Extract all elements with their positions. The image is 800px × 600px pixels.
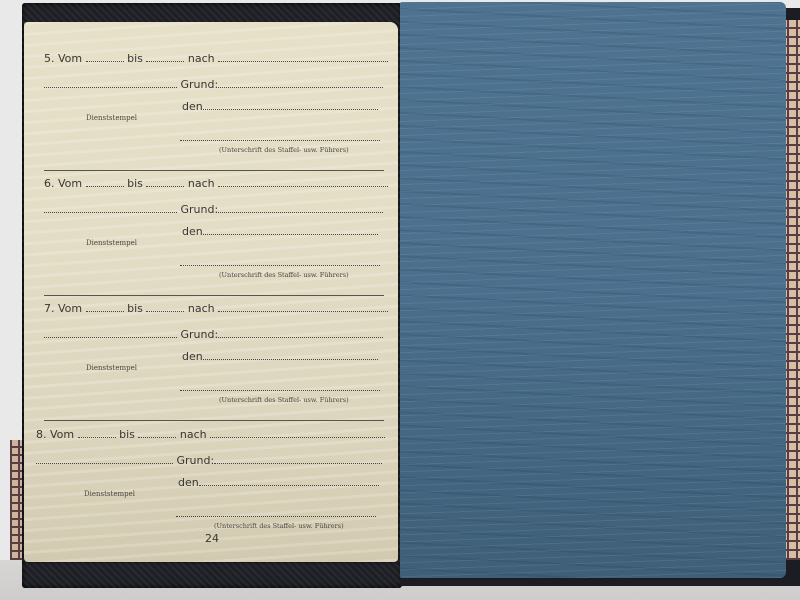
bis-label: bis xyxy=(119,428,135,441)
entry-number: 8. Vom xyxy=(36,428,74,441)
den-label: den xyxy=(182,100,203,113)
section-divider xyxy=(44,170,384,171)
den-label: den xyxy=(178,476,199,489)
den-label: den xyxy=(182,350,203,363)
stamp-label: Dienststempel xyxy=(86,364,137,372)
bis-label: bis xyxy=(127,177,143,190)
grund-label: Grund: xyxy=(177,454,215,467)
grund-label: Grund: xyxy=(181,78,219,91)
form-section-6: 6. Vom bis nach Grund: den Dienststempel… xyxy=(44,177,384,297)
signature-line xyxy=(176,516,376,517)
form-section-5: 5. Vom bis nach Grund: den Dienststempel… xyxy=(44,52,384,172)
signature-caption: (Unterschrift des Staffel- usw. Führers) xyxy=(214,522,344,530)
section-divider xyxy=(44,420,384,421)
form-section-7: 7. Vom bis nach Grund: den Dienststempel… xyxy=(44,302,384,422)
blue-endpaper xyxy=(400,2,786,578)
nach-label: nach xyxy=(188,177,215,190)
nach-label: nach xyxy=(188,302,215,315)
stamp-label: Dienststempel xyxy=(84,490,135,498)
section-divider xyxy=(44,295,384,296)
grund-label: Grund: xyxy=(181,203,219,216)
stamp-label: Dienststempel xyxy=(86,239,137,247)
stamp-label: Dienststempel xyxy=(86,114,137,122)
signature-caption: (Unterschrift des Staffel- usw. Führers) xyxy=(219,146,349,154)
bis-label: bis xyxy=(127,302,143,315)
bis-label: bis xyxy=(127,52,143,65)
nach-label: nach xyxy=(188,52,215,65)
signature-caption: (Unterschrift des Staffel- usw. Führers) xyxy=(219,396,349,404)
signature-caption: (Unterschrift des Staffel- usw. Führers) xyxy=(219,271,349,279)
form-section-8: 8. Vom bis nach Grund: den Dienststempel… xyxy=(44,428,384,548)
entry-number: 7. Vom xyxy=(44,302,82,315)
grund-label: Grund: xyxy=(181,328,219,341)
signature-line xyxy=(180,140,380,141)
signature-line xyxy=(180,390,380,391)
page-number: 24 xyxy=(205,532,219,545)
nach-label: nach xyxy=(180,428,207,441)
den-label: den xyxy=(182,225,203,238)
entry-number: 6. Vom xyxy=(44,177,82,190)
entry-number: 5. Vom xyxy=(44,52,82,65)
signature-line xyxy=(180,265,380,266)
